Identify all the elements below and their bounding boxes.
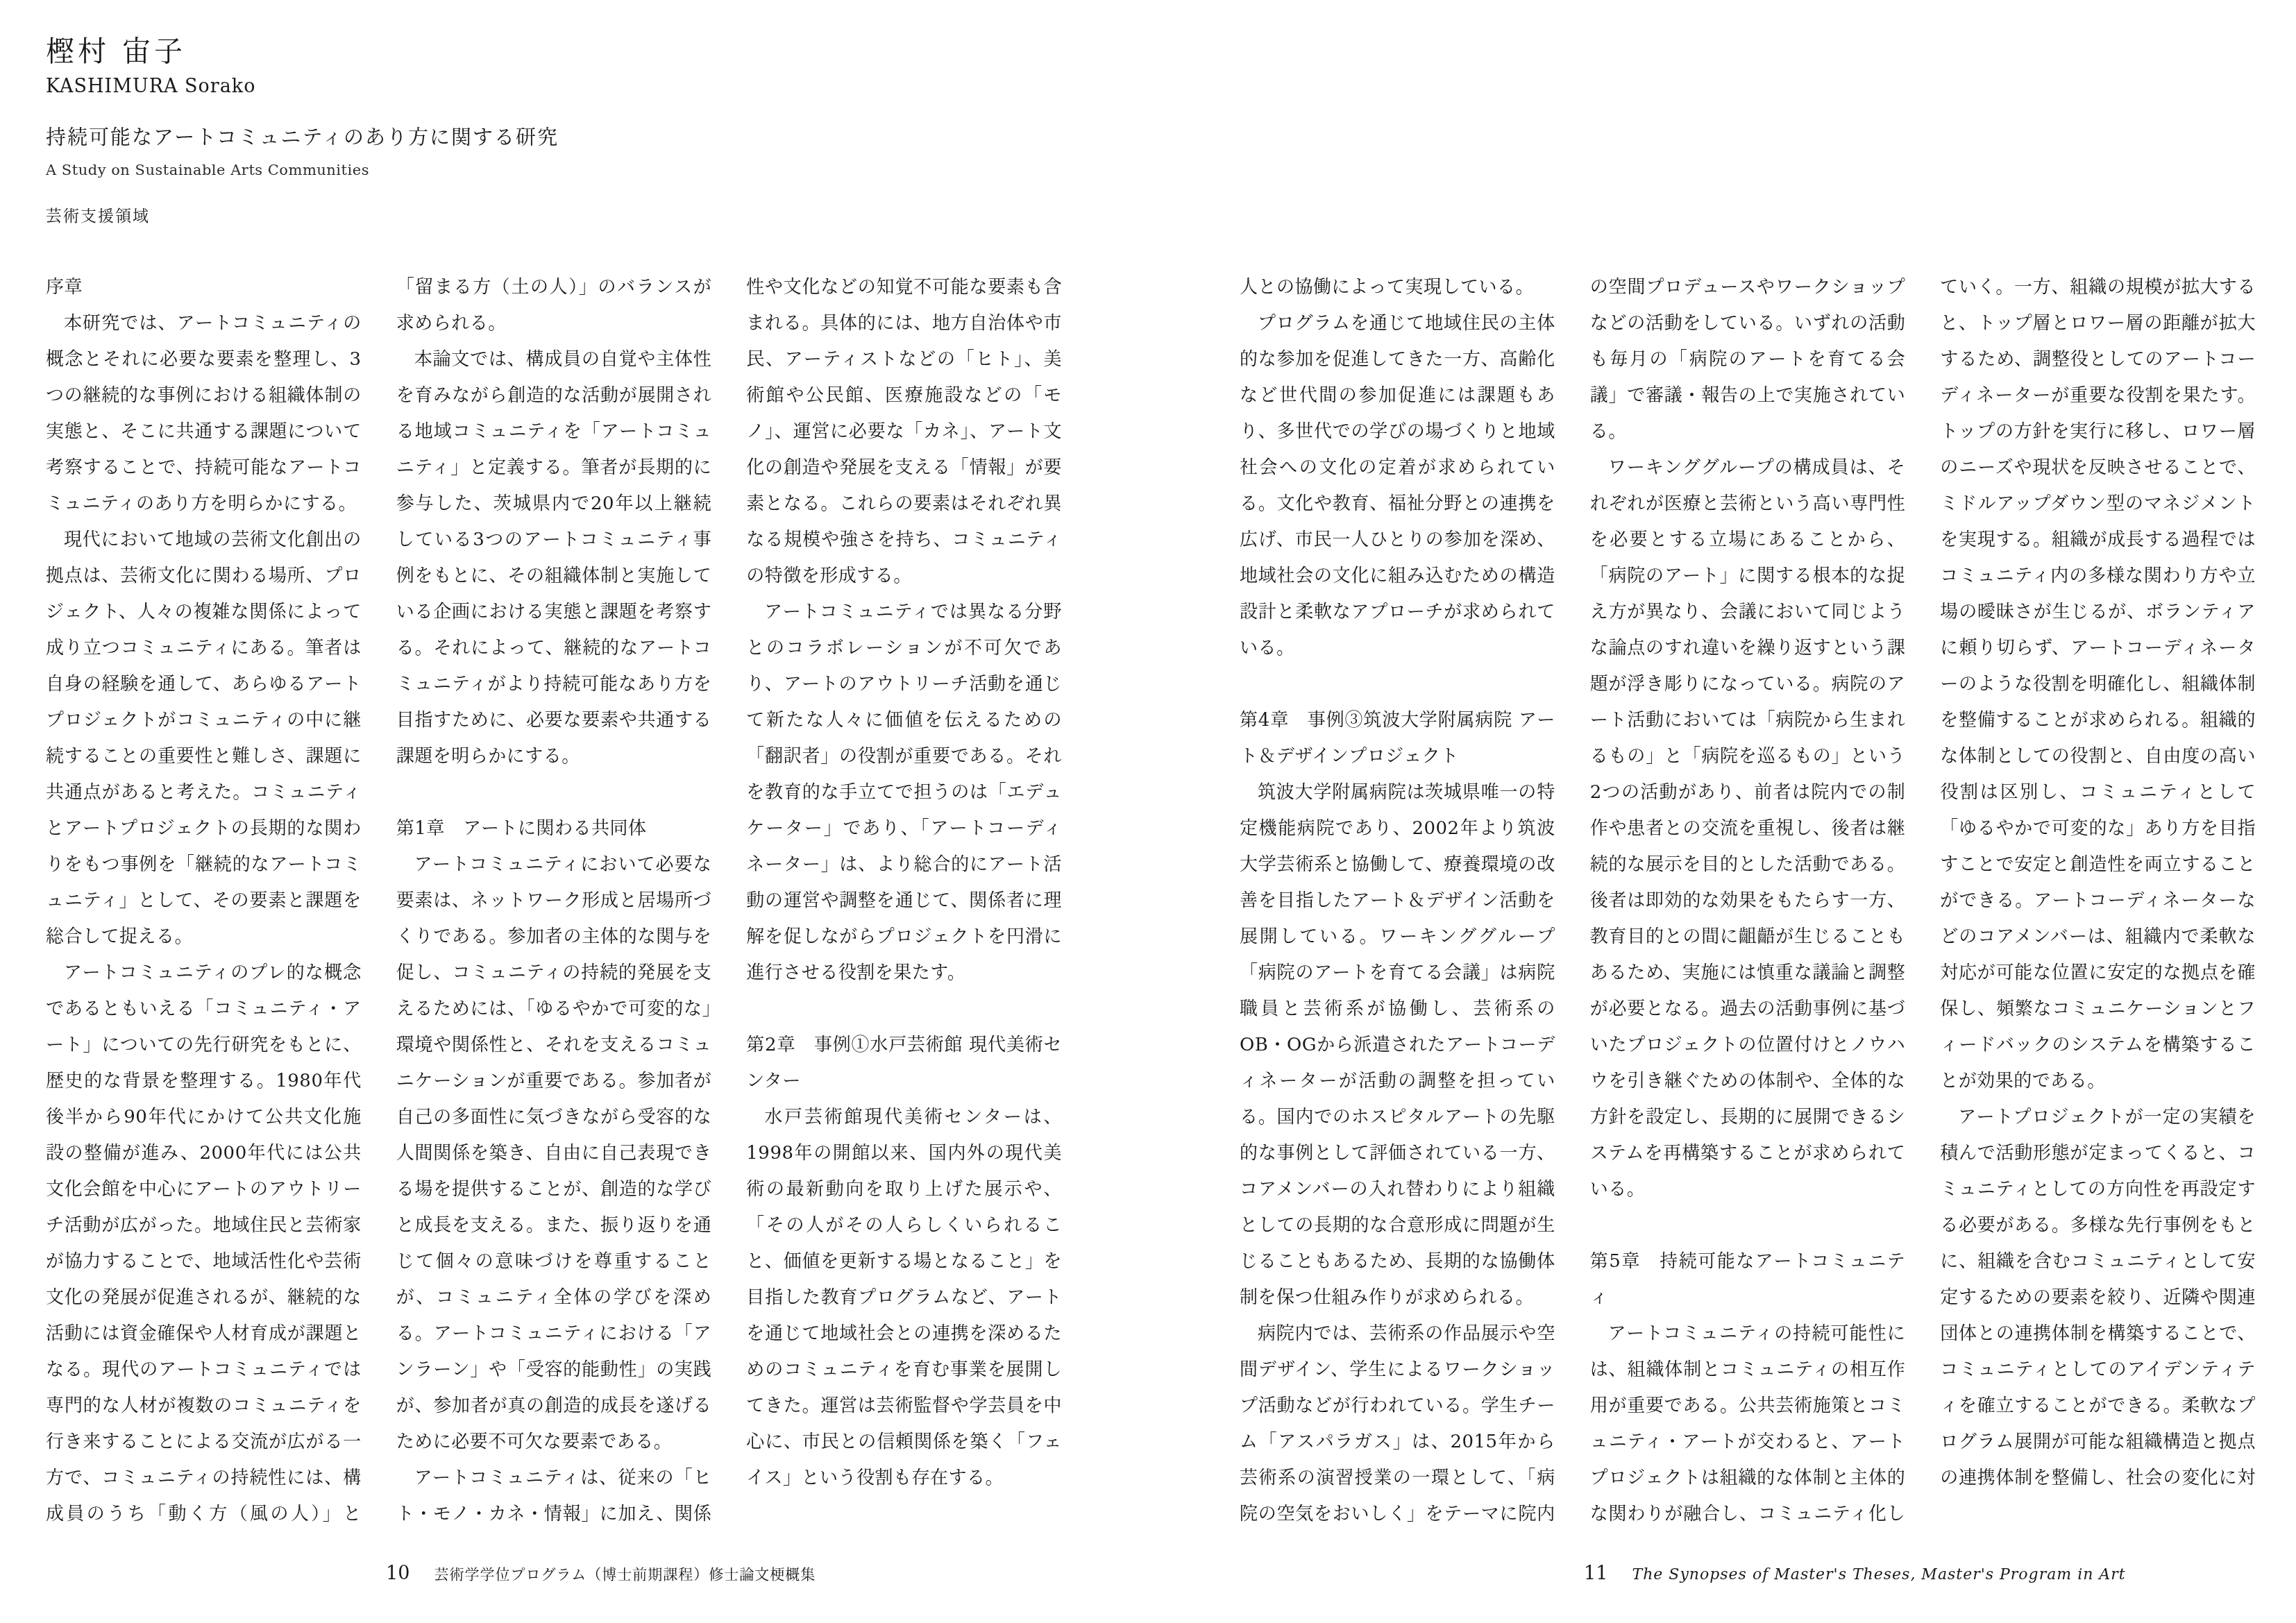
paragraph: アートコミュニティでは異なる分野とのコラボレーションが不可欠であり、アートのアウ…	[746, 594, 1062, 991]
footer-right: 11 The Synopses of Master's Theses, Mast…	[1584, 1563, 2126, 1584]
thesis-title-japanese: 持続可能なアートコミュニティのあり方に関する研究	[46, 122, 559, 151]
text-columns-left: 序章本研究では、アートコミュニティの概念とそれに必要な要素を整理し、3つの継続的…	[46, 269, 1062, 1560]
paragraph: 水戸芸術館現代美術センターは、1998年の開館以来、国内外の現代美術の最新動向を…	[746, 1099, 1062, 1496]
paragraph: アートコミュニティにおいて必要な要素は、ネットワーク形成と居場所づくりである。参…	[396, 847, 712, 1460]
section-heading: 第5章 持続可能なアートコミュニティ	[1590, 1243, 1906, 1316]
text-columns-right: 人との協働によって実現している。プログラムを通じて地域住民の主体的な参加を促進し…	[1240, 269, 2256, 1560]
footer-left: 10 芸術学学位プログラム（博士前期課程）修士論文梗概集	[386, 1563, 816, 1584]
thesis-title-english: A Study on Sustainable Arts Communities	[46, 162, 559, 178]
section-heading: 序章	[46, 269, 362, 305]
page-left: 序章本研究では、アートコミュニティの概念とそれに必要な要素を整理し、3つの継続的…	[46, 269, 1062, 1560]
page-right: 人との協働によって実現している。プログラムを通じて地域住民の主体的な参加を促進し…	[1240, 269, 2256, 1560]
section-heading: 第4章 事例③筑波大学附属病院 アート＆デザインプロジェクト	[1240, 702, 1555, 774]
page-number-left: 10	[386, 1563, 410, 1584]
footer-text-left: 芸術学学位プログラム（博士前期課程）修士論文梗概集	[434, 1566, 816, 1583]
paragraph: 本論文では、構成員の自覚や主体性を育みながら創造的な活動が展開される地域コミュニ…	[396, 341, 712, 774]
author-name-japanese: 樫村 宙子	[46, 36, 559, 67]
paragraph: 人との協働によって実現している。	[1240, 269, 1555, 305]
paragraph: 現代において地域の芸術文化創出の拠点は、芸術文化に関わる場所、プロジェクト、人々…	[46, 522, 362, 955]
paragraph: 本研究では、アートコミュニティの概念とそれに必要な要素を整理し、3つの継続的な事…	[46, 305, 362, 522]
footer-text-right: The Synopses of Master's Theses, Master'…	[1632, 1566, 2125, 1583]
page-number-right: 11	[1584, 1563, 1607, 1584]
section-heading: 第2章 事例①水戸芸術館 現代美術センター	[746, 1027, 1062, 1099]
header: 樫村 宙子 KASHIMURA Sorako 持続可能なアートコミュニティのあり…	[46, 36, 559, 226]
thesis-synopsis-spread: 樫村 宙子 KASHIMURA Sorako 持続可能なアートコミュニティのあり…	[0, 0, 2296, 1623]
paragraph: ワーキンググループの構成員は、それぞれが医療と芸術という高い専門性を必要とする立…	[1590, 450, 1906, 1207]
section-heading: 第1章 アートに関わる共同体	[396, 810, 712, 847]
program-area-label: 芸術支援領域	[46, 203, 559, 226]
paragraph: 筑波大学附属病院は茨城県唯一の特定機能病院であり、2002年より筑波大学芸術系と…	[1240, 774, 1555, 1316]
paragraph: プログラムを通じて地域住民の主体的な参加を促進してきた一方、高齢化など世代間の参…	[1240, 305, 1555, 666]
author-name-romanized: KASHIMURA Sorako	[46, 76, 559, 97]
